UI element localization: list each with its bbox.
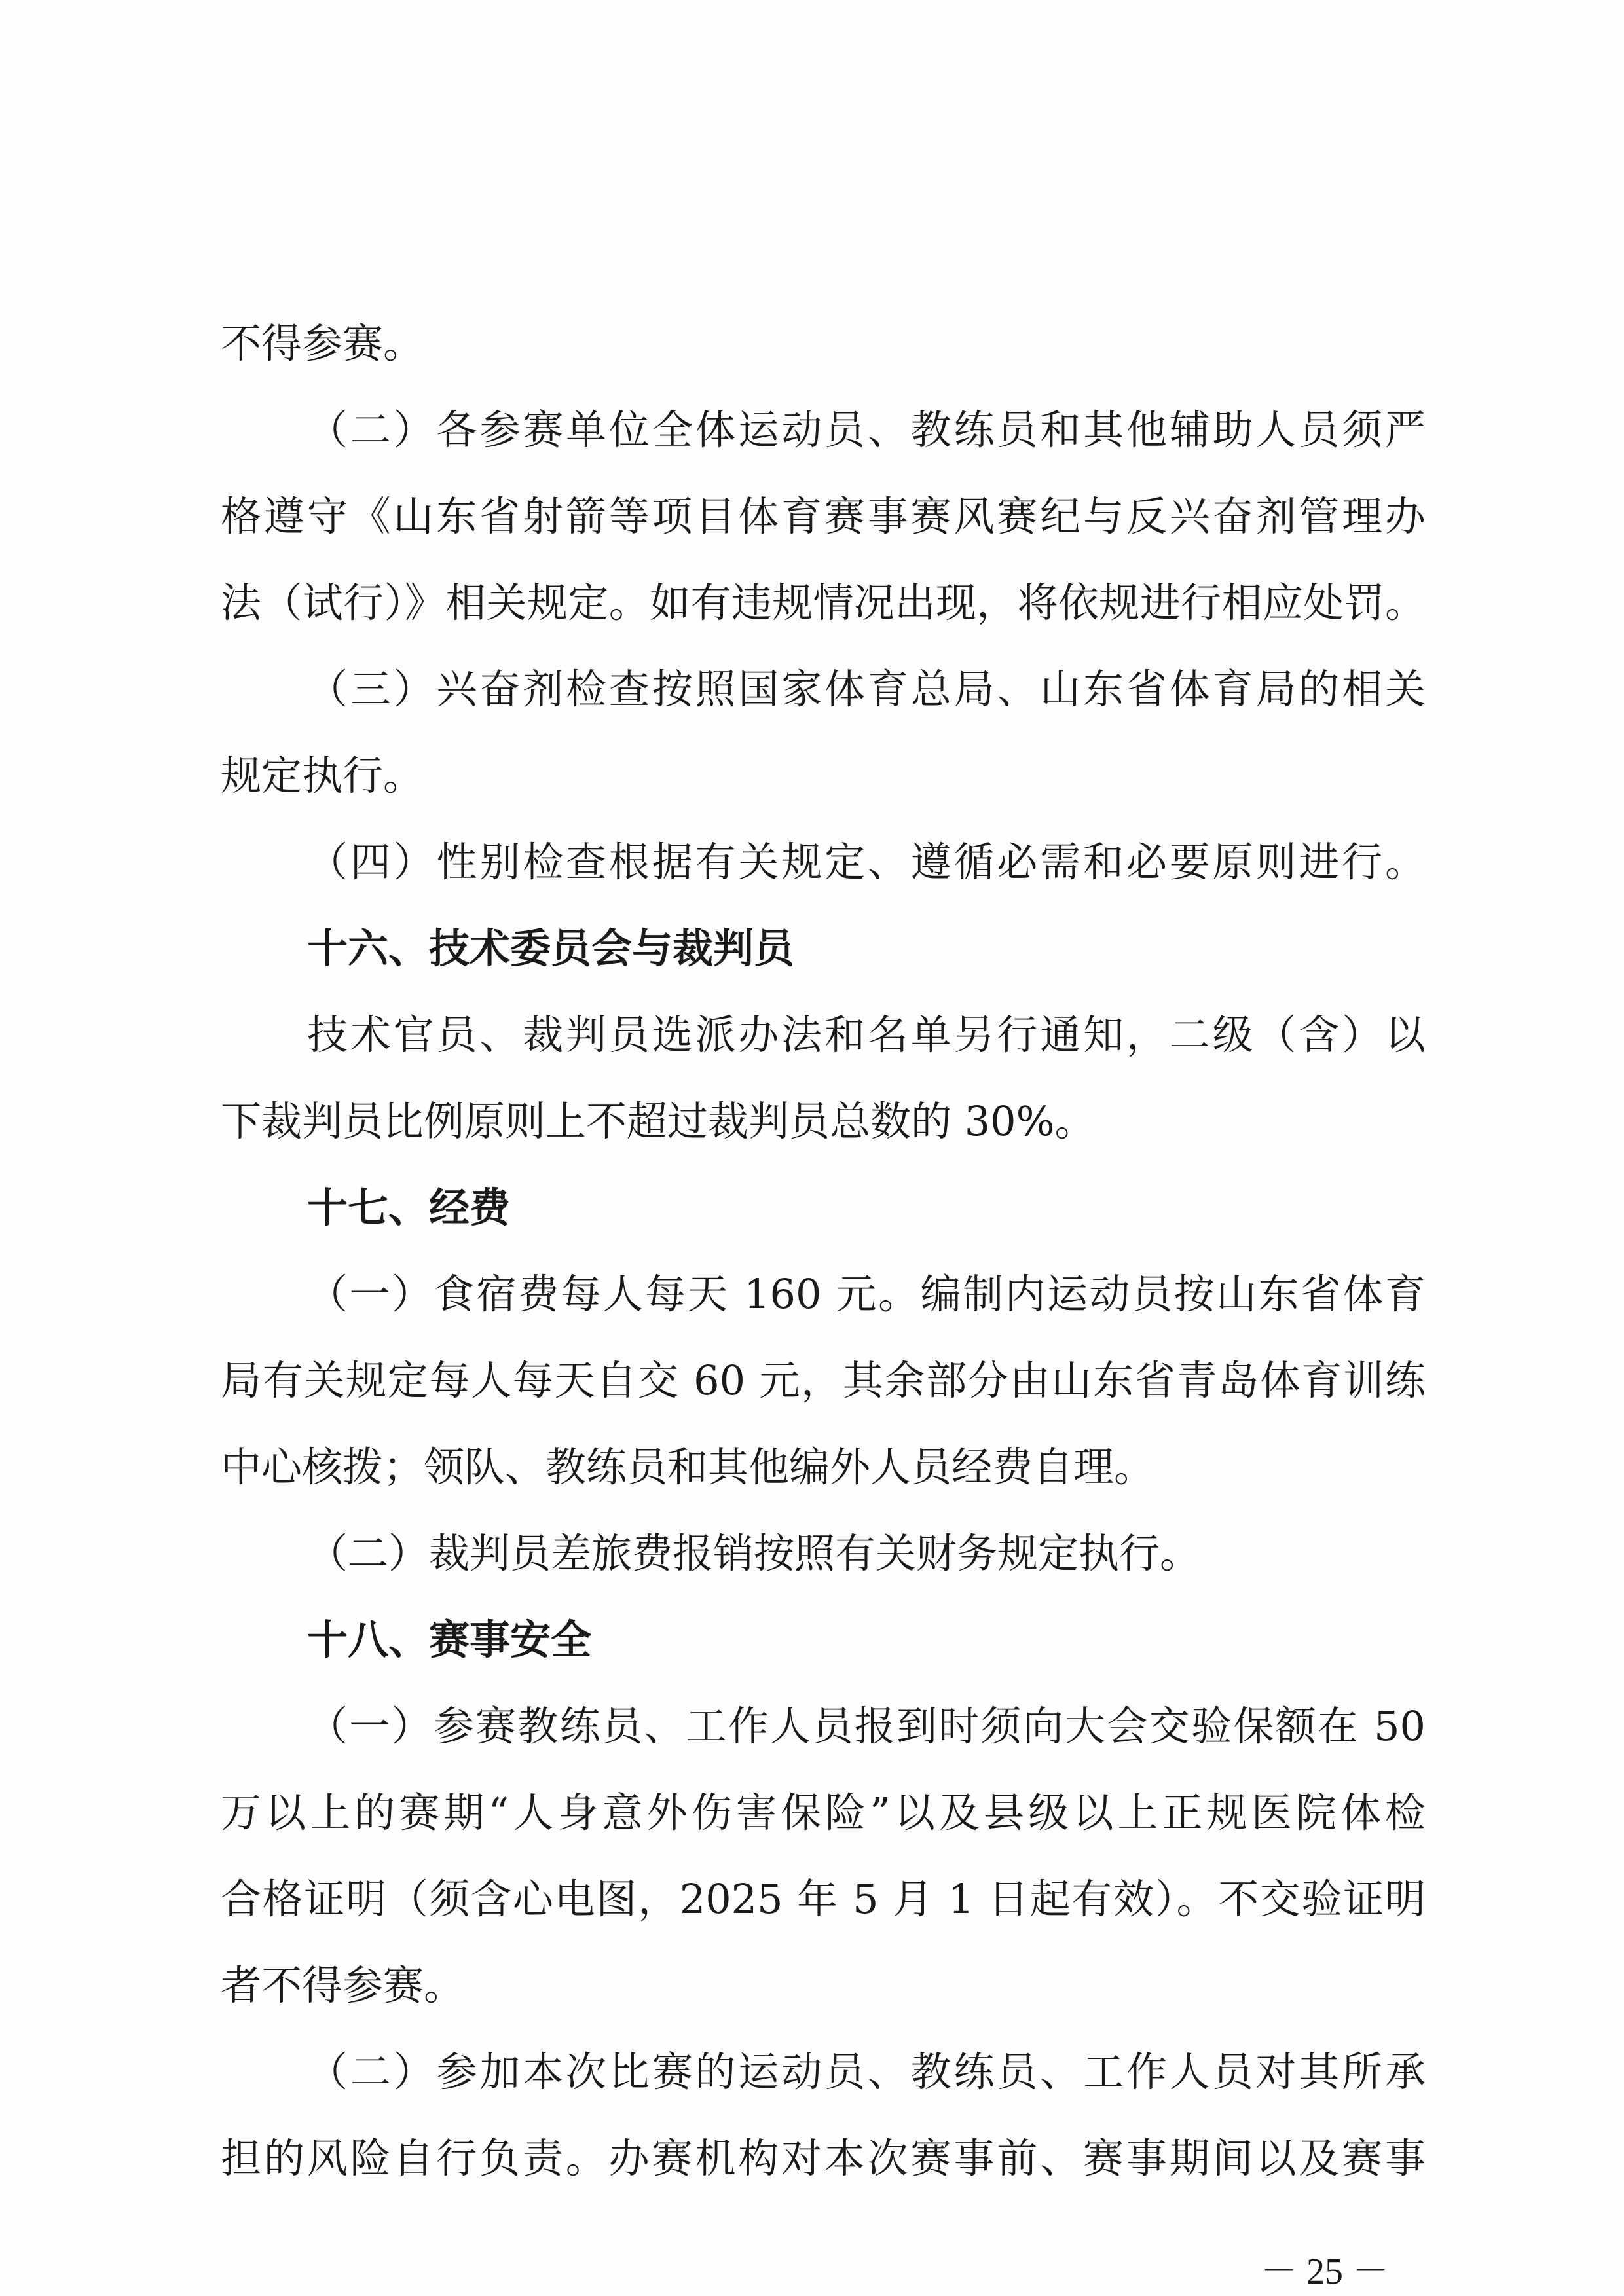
paragraph-line: 规定执行。 xyxy=(221,746,1426,805)
paragraph-line: 中心核拨；领队、教练员和其他编外人员经费自理。 xyxy=(221,1438,1426,1497)
paragraph-line: 合格证明（须含心电图，2025 年 5 月 1 日起有效）。不交验证明 xyxy=(221,1870,1426,1929)
paragraph-line: （二）参加本次比赛的运动员、教练员、工作人员对其所承 xyxy=(307,2043,1426,2102)
paragraph-line: （三）兴奋剂检查按照国家体育总局、山东省体育局的相关 xyxy=(307,660,1426,719)
section-heading: 十七、经费 xyxy=(307,1178,510,1237)
document-page: 不得参赛。 （二）各参赛单位全体运动员、教练员和其他辅助人员须严 格遵守《山东省… xyxy=(0,0,1624,2296)
paragraph-line: 不得参赛。 xyxy=(221,314,1426,373)
paragraph-line: （一）参赛教练员、工作人员报到时须向大会交验保额在 50 xyxy=(307,1697,1426,1756)
paragraph-line: 法（试行）》相关规定。如有违规情况出现，将依规进行相应处罚。 xyxy=(221,574,1426,632)
paragraph-line: 下裁判员比例原则上不超过裁判员总数的 30%。 xyxy=(221,1092,1426,1151)
paragraph-line: 担的风险自行负责。办赛机构对本次赛事前、赛事期间以及赛事 xyxy=(221,2129,1426,2188)
paragraph-line: （四）性别检查根据有关规定、遵循必需和必要原则进行。 xyxy=(307,833,1426,892)
paragraph-line: 格遵守《山东省射箭等项目体育赛事赛风赛纪与反兴奋剂管理办 xyxy=(221,487,1426,546)
page-number: － 25 － xyxy=(1261,2242,1389,2295)
paragraph-line: （一）食宿费每人每天 160 元。编制内运动员按山东省体育 xyxy=(307,1265,1426,1324)
paragraph-line: （二）各参赛单位全体运动员、教练员和其他辅助人员须严 xyxy=(307,401,1426,460)
paragraph-line: 技术官员、裁判员选派办法和名单另行通知，二级（含）以 xyxy=(307,1006,1426,1065)
section-heading: 十六、技术委员会与裁判员 xyxy=(307,919,794,978)
paragraph-line: （二）裁判员差旅费报销按照有关财务规定执行。 xyxy=(307,1524,1426,1583)
paragraph-line: 局有关规定每人每天自交 60 元，其余部分由山东省青岛体育训练 xyxy=(221,1351,1426,1410)
paragraph-line: 者不得参赛。 xyxy=(221,1956,1426,2015)
section-heading: 十八、赛事安全 xyxy=(307,1611,591,1669)
paragraph-line: 万以上的赛期“人身意外伤害保险”以及县级以上正规医院体检 xyxy=(221,1783,1426,1842)
